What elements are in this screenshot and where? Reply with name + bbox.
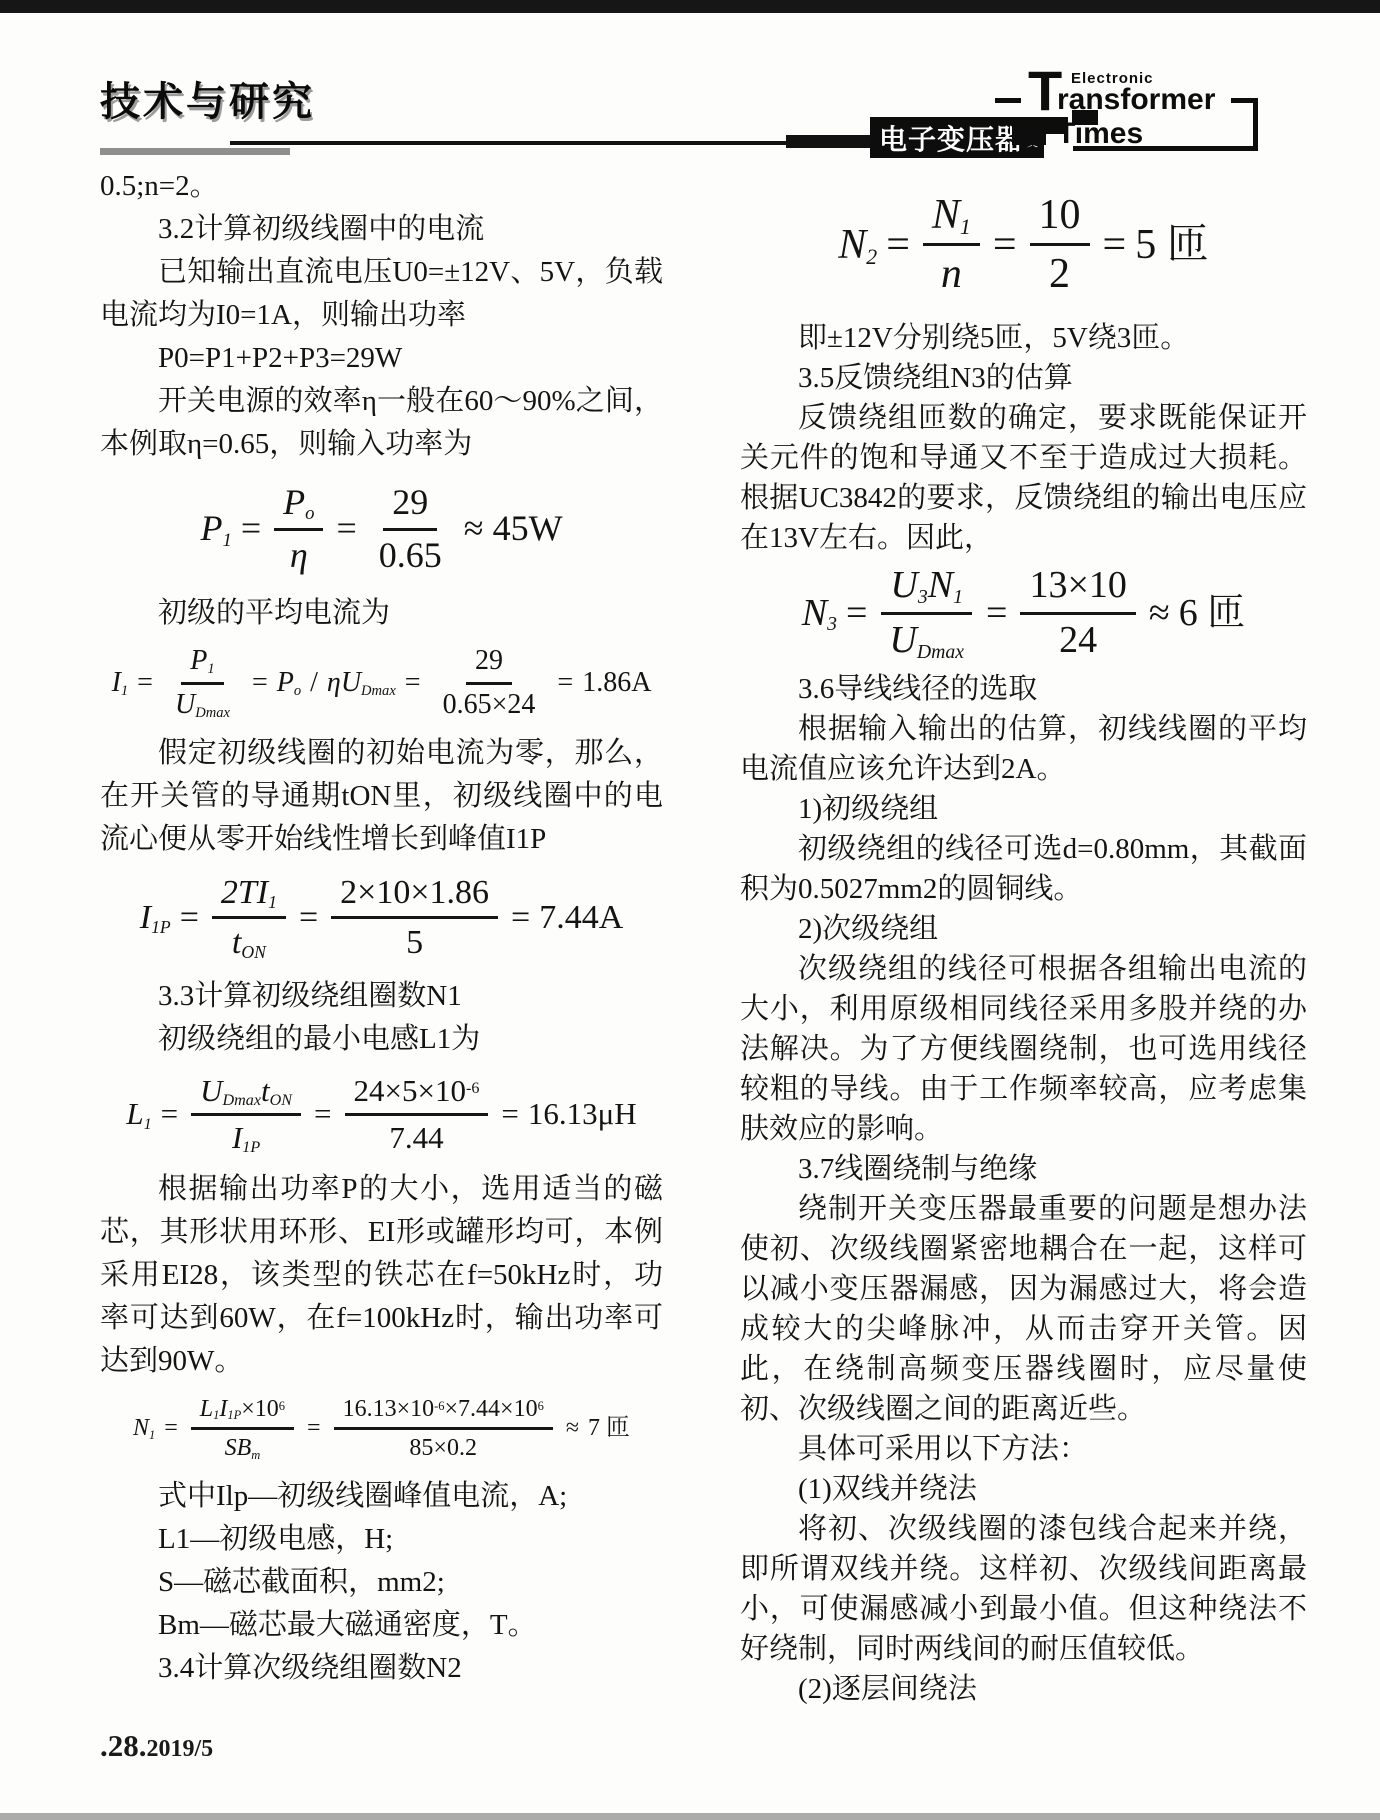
formula-atom: η	[290, 536, 308, 576]
paragraph: Bm—磁芯最大磁通密度，T。	[100, 1604, 663, 1647]
formula-operator: =	[405, 668, 421, 699]
formula-atom: n	[941, 251, 962, 297]
formula-operator: =	[252, 668, 268, 699]
section-heading: 3.5反馈绕组N3的估算	[740, 358, 1307, 398]
formula-atom: SBm	[225, 1435, 261, 1461]
formula-f_i1p: I1P=2TI1tON=2×10×1.865=7.44A	[100, 873, 663, 963]
logo-dash-right	[1231, 98, 1254, 103]
formula-atom: 24×5×10-6	[354, 1074, 480, 1108]
paragraph: 2)次级绕组	[740, 909, 1307, 949]
formula-atom: tON	[232, 924, 266, 961]
formula-atom: 16.13μH	[528, 1097, 637, 1131]
fraction: 16.13×10-6×7.44×10685×0.2	[334, 1395, 553, 1463]
formula-atom: 24	[1059, 620, 1097, 662]
section-heading: 3.7线圈绕制与绝缘	[740, 1149, 1307, 1189]
formula-operator: =	[1103, 222, 1127, 268]
formula-atom: 2×10×1.86	[340, 874, 489, 911]
section-heading: 3.6导线线径的选取	[740, 669, 1307, 709]
formula-operator: ≈	[566, 1415, 579, 1441]
paragraph: 具体可采用以下方法：	[740, 1429, 1307, 1469]
paragraph: 将初、次级线圈的漆包线合起来并绕，即所谓双线并绕。这样初、次级线间距离最小，可使…	[740, 1509, 1307, 1669]
formula-atom: 2	[1049, 251, 1070, 297]
fraction: P1UDmax	[166, 645, 239, 722]
paragraph: 初级绕组的线径可选d=0.80mm，其截面积为0.5027mm2的圆铜线。	[740, 829, 1307, 909]
formula-f_p1: P1=Poη=290.65≈45W	[100, 482, 663, 576]
paragraph: 开关电源的效率η一般在60～90%之间，本例取η=0.65，则输入功率为	[100, 380, 663, 466]
fraction: 290.65×24	[434, 645, 545, 722]
paragraph: 次级绕组的线径可根据各组输出电流的大小，利用原级相同线径采用多股并绕的办法解决。…	[740, 949, 1307, 1149]
formula-atom: 7.44	[389, 1121, 443, 1155]
logo-bracket	[1073, 98, 1258, 151]
header-rule-thick	[786, 135, 870, 148]
paragraph: L1—初级电感，H;	[100, 1518, 663, 1561]
formula-atom: 29	[475, 646, 503, 677]
formula-operator: =	[336, 509, 356, 549]
formula-atom: 7.44A	[539, 899, 623, 936]
formula-atom: 5 匝	[1135, 222, 1209, 268]
fraction: UDmaxtONI1P	[191, 1073, 301, 1156]
formula-atom: 29	[392, 483, 428, 523]
formula-operator: =	[241, 509, 261, 549]
section-heading: 3.4计算次级绕组圈数N2	[100, 1647, 663, 1690]
formula-atom: 5	[406, 924, 423, 961]
formula-atom: N3	[802, 593, 837, 635]
logo-dash-left	[995, 98, 1021, 103]
formula-atom: L1	[200, 1396, 220, 1422]
formula-atom: L1	[126, 1097, 151, 1131]
fraction: 13×1024	[1020, 564, 1135, 663]
formula-atom: 10	[1039, 192, 1081, 238]
formula-atom: 2TI1	[221, 874, 277, 911]
formula-atom: N1	[133, 1415, 155, 1441]
formula-atom: ×7.44×106	[445, 1396, 544, 1422]
formula-operator: =	[846, 593, 867, 635]
paragraph: 0.5;n=2。	[100, 165, 663, 208]
fraction: 102	[1030, 191, 1090, 298]
formula-atom: 0.65×24	[443, 690, 536, 721]
formula-f_n3: N3=U3N1UDmax=13×1024≈6 匝	[740, 564, 1307, 663]
formula-operator: =	[307, 1415, 321, 1441]
formula-operator: =	[511, 899, 530, 936]
formula-atom: η	[327, 668, 341, 699]
paragraph: 根据输入输出的估算，初线线圈的平均电流值应该允许达到2A。	[740, 709, 1307, 789]
formula-atom: I1P	[232, 1121, 260, 1155]
formula-f_n2: N2=N1n=102=5 匝	[740, 191, 1307, 298]
formula-operator: ≈	[1149, 593, 1170, 635]
formula-operator: =	[164, 1415, 178, 1441]
section-heading: 3.2计算初级线圈中的电流	[100, 208, 663, 251]
formula-atom: I1	[112, 668, 129, 699]
paragraph: 初级的平均电流为	[100, 592, 663, 635]
paragraph: 根据输出功率P的大小，选用适当的磁芯，其形状用环形、EI形或罐形均可，本例采用E…	[100, 1168, 663, 1383]
page-number-value: .28.	[100, 1728, 147, 1764]
paragraph: 式中Ilp—初级线圈峰值电流，A;	[100, 1475, 663, 1518]
formula-operator: =	[993, 222, 1017, 268]
formula-operator: =	[180, 899, 199, 936]
formula-atom: I1P	[219, 1396, 241, 1422]
formula-atom: 13×10	[1029, 565, 1126, 607]
formula-atom: UDmax	[200, 1074, 261, 1108]
fraction: 2×10×1.865	[331, 873, 498, 963]
formula-operator: =	[986, 593, 1007, 635]
formula-f_i1: I1=P1UDmax=Po/ηUDmax=290.65×24=1.86A	[100, 645, 663, 722]
fraction: Poη	[274, 482, 323, 576]
paragraph: P0=P1+P2+P3=29W	[100, 337, 663, 380]
paragraph: 反馈绕组匝数的确定，要求既能保证开关元件的饱和导通又不至于造成过大损耗。根据UC…	[740, 398, 1307, 558]
formula-atom: UDmax	[889, 620, 964, 662]
formula-atom: 16.13×10-6	[343, 1396, 445, 1422]
top-border	[0, 0, 1380, 13]
formula-operator: =	[501, 1097, 518, 1131]
article-column-left: 0.5;n=2。3.2计算初级线圈中的电流已知输出直流电压U0=±12V、5V，…	[100, 165, 663, 1690]
bottom-border	[0, 1813, 1380, 1820]
issue-number: 2019/5	[147, 1736, 214, 1763]
page-number: .28. 2019/5	[100, 1728, 213, 1764]
fraction: 24×5×10-67.44	[345, 1073, 489, 1156]
formula-atom: U3	[890, 565, 927, 607]
formula-atom: UDmax	[175, 690, 230, 721]
formula-operator: =	[161, 1097, 178, 1131]
fraction: U3N1UDmax	[880, 564, 973, 663]
formula-operator: =	[886, 222, 910, 268]
formula-operator: =	[299, 899, 318, 936]
article-column-right: N2=N1n=102=5 匝即±12V分别绕5匝，5V绕3匝。3.5反馈绕组N3…	[740, 165, 1307, 1709]
formula-atom: 45W	[493, 509, 563, 549]
header-rule-shadow	[100, 148, 290, 155]
fraction: 290.65	[370, 482, 451, 576]
formula-atom: 85×0.2	[409, 1435, 477, 1461]
formula-operator: =	[557, 668, 573, 699]
formula-atom: ×106	[241, 1396, 285, 1422]
formula-atom: Po	[283, 483, 314, 523]
formula-f_l1: L1=UDmaxtONI1P=24×5×10-67.44=16.13μH	[100, 1073, 663, 1156]
fraction: 2TI1tON	[212, 873, 286, 963]
formula-operator: =	[314, 1097, 331, 1131]
formula-atom: Po	[277, 668, 301, 699]
formula-atom: I1P	[140, 899, 171, 936]
formula-atom: UDmax	[341, 668, 396, 699]
formula-atom: N1	[932, 192, 971, 238]
magazine-logo: T Electronic ransformer Times	[995, 62, 1295, 152]
formula-atom: P1	[200, 509, 231, 549]
paragraph: 即±12V分别绕5匝，5V绕3匝。	[740, 318, 1307, 358]
formula-operator: /	[310, 668, 318, 699]
formula-atom: 7 匝	[588, 1415, 630, 1441]
formula-atom: 0.65	[379, 536, 442, 576]
formula-atom: tON	[261, 1074, 292, 1108]
formula-operator: =	[137, 668, 153, 699]
paragraph: (2)逐层间绕法	[740, 1669, 1307, 1709]
formula-atom: 1.86A	[582, 668, 651, 699]
formula-atom: N2	[838, 222, 877, 268]
formula-operator: ≈	[464, 509, 484, 549]
fraction: L1I1P×106SBm	[191, 1395, 294, 1463]
paragraph: S—磁芯截面积，mm2;	[100, 1561, 663, 1604]
paragraph: 假定初级线圈的初始电流为零，那么，在开关管的导通期tON里，初级线圈中的电流心便…	[100, 732, 663, 861]
formula-atom: N1	[928, 565, 963, 607]
header-rule	[230, 141, 788, 145]
formula-atom: P1	[190, 646, 214, 677]
paragraph: 初级绕组的最小电感L1为	[100, 1018, 663, 1061]
section-label: 技术与研究	[100, 70, 315, 127]
section-heading: 3.3计算初级绕组圈数N1	[100, 975, 663, 1018]
formula-f_n1: N1=L1I1P×106SBm=16.13×10-6×7.44×10685×0.…	[100, 1395, 663, 1463]
paragraph: (1)双线并绕法	[740, 1469, 1307, 1509]
fraction: N1n	[923, 191, 980, 298]
magazine-page: 技术与研究 电子变压器 令 美 T Electronic ransformer …	[0, 0, 1380, 1820]
paragraph: 已知输出直流电压U0=±12V、5V，负载电流均为I0=1A，则输出功率	[100, 251, 663, 337]
formula-atom: 6 匝	[1179, 593, 1246, 635]
paragraph: 绕制开关变压器最重要的问题是想办法使初、次级线圈紧密地耦合在一起，这样可以减小变…	[740, 1189, 1307, 1429]
paragraph: 1)初级绕组	[740, 789, 1307, 829]
